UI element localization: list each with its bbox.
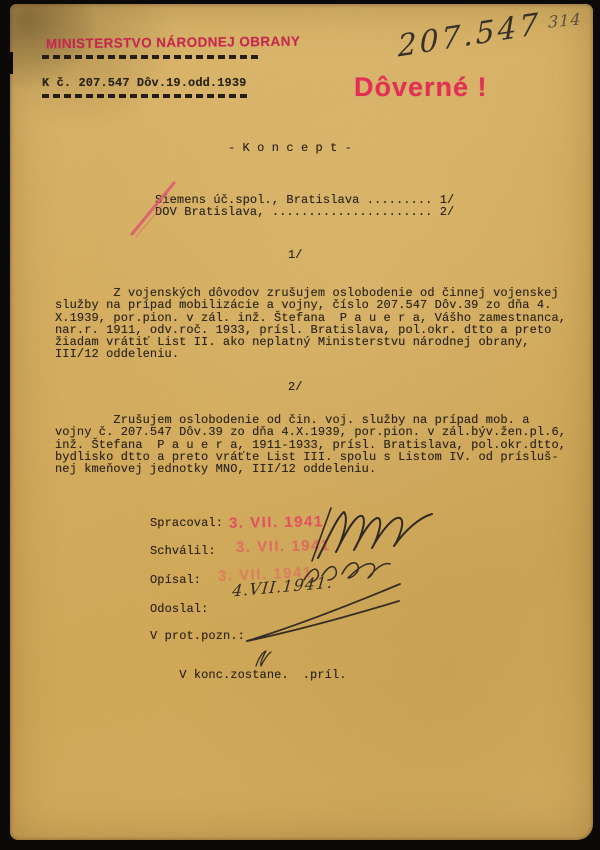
pencil-page-number: 314 — [548, 9, 581, 32]
label-konc-zostane: V konc.zostane..príl. — [150, 657, 347, 694]
label-schvalil: Schválil: — [150, 545, 216, 557]
label-spracoval: Spracoval: — [150, 517, 223, 529]
label-prot-pozn: V prot.pozn.: — [150, 630, 245, 642]
section-2-paragraph: Zrušujem oslobodenie od čin. voj. služby… — [55, 414, 566, 475]
ministry-stamp: MINISTERSTVO NÁRODNEJ OBRANY — [46, 34, 300, 52]
document-title: - K o n c e p t - — [0, 142, 580, 154]
date-stamp-spracoval: 3. VII. 1941 — [229, 513, 324, 532]
dashed-rule — [42, 55, 258, 59]
confidential-stamp: Dôverné ! — [354, 72, 488, 103]
section-1-number: 1/ — [288, 249, 303, 261]
label-odoslal: Odoslal: — [150, 603, 208, 615]
konc-suffix: .príl. — [303, 668, 347, 682]
dashed-rule — [42, 94, 248, 98]
konc-prefix: V konc.zostane. — [179, 668, 289, 682]
document-scan: MINISTERSTVO NÁRODNEJ OBRANY K č. 207.54… — [0, 0, 600, 850]
recipients-list: Siemens úč.spol., Bratislava ......... 1… — [155, 194, 454, 219]
label-opisal: Opísal: — [150, 574, 201, 586]
section-2-number: 2/ — [288, 381, 303, 393]
section-1-paragraph: Z vojenských dôvodov zrušujem oslobodeni… — [55, 287, 566, 361]
paper-edge-notch — [0, 52, 13, 74]
date-stamp-schvalil: 3. VII. 1941 — [236, 537, 331, 556]
reference-number: K č. 207.547 Dôv.19.odd.1939 — [42, 77, 246, 89]
